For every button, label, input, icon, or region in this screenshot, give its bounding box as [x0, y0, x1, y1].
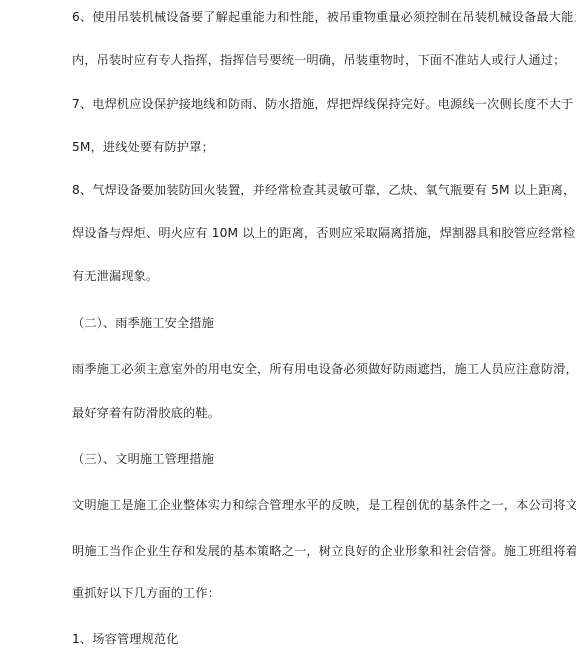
paragraph-line-item-8-line-1: 8、气焊设备要加装防回火装置，并经常检查其灵敏可靠，乙炔、氧气瓶要有 5M 以上… — [72, 182, 542, 198]
paragraph-line-civilized-2: 明施工当作企业生存和发展的基本策略之一，树立良好的企业形象和社会信誉。施工班组将… — [72, 543, 542, 559]
paragraph-line-item-8-line-2: 焊设备与焊炬、明火应有 10M 以上的距离，否则应采取隔离措施，焊割器具和胶管应… — [72, 225, 542, 241]
paragraph-line-item-6-line-2: 内，吊装时应有专人指挥，指挥信号要统一明确，吊装重物时，下面不准站人或行人通过； — [72, 52, 542, 68]
paragraph-line-item-6-line-1: 6、使用吊装机械设备要了解起重能力和性能，被吊重物重量必须控制在吊装机械设备最大… — [72, 9, 542, 25]
paragraph-line-rainy-season-2: 最好穿着有防滑胶底的鞋。 — [72, 405, 542, 421]
paragraph-line-item-7-line-2: 5M，进线处要有防护罩； — [72, 139, 542, 155]
section-heading-civilized-construction: （三）、文明施工管理措施 — [72, 451, 542, 467]
paragraph-line-item-8-line-3: 有无泄漏现象。 — [72, 268, 542, 284]
paragraph-line-rainy-season-1: 雨季施工必须主意室外的用电安全，所有用电设备必须做好防雨遮挡，施工人员应注意防滑… — [72, 361, 542, 377]
paragraph-line-civilized-3: 重抓好以下几方面的工作： — [72, 585, 542, 601]
paragraph-line-item-7-line-1: 7、电焊机应设保护接地线和防雨、防水措施，焊把焊线保持完好。电源线一次侧长度不大… — [72, 96, 542, 112]
list-item-site-management: 1、场容管理规范化 — [72, 631, 542, 647]
document-page: 6、使用吊装机械设备要了解起重能力和性能，被吊重物重量必须控制在吊装机械设备最大… — [0, 0, 576, 666]
section-heading-rainy-season: （二）、雨季施工安全措施 — [72, 315, 542, 331]
paragraph-line-civilized-1: 文明施工是施工企业整体实力和综合管理水平的反映，是工程创优的基条件之一，本公司将… — [72, 497, 542, 513]
